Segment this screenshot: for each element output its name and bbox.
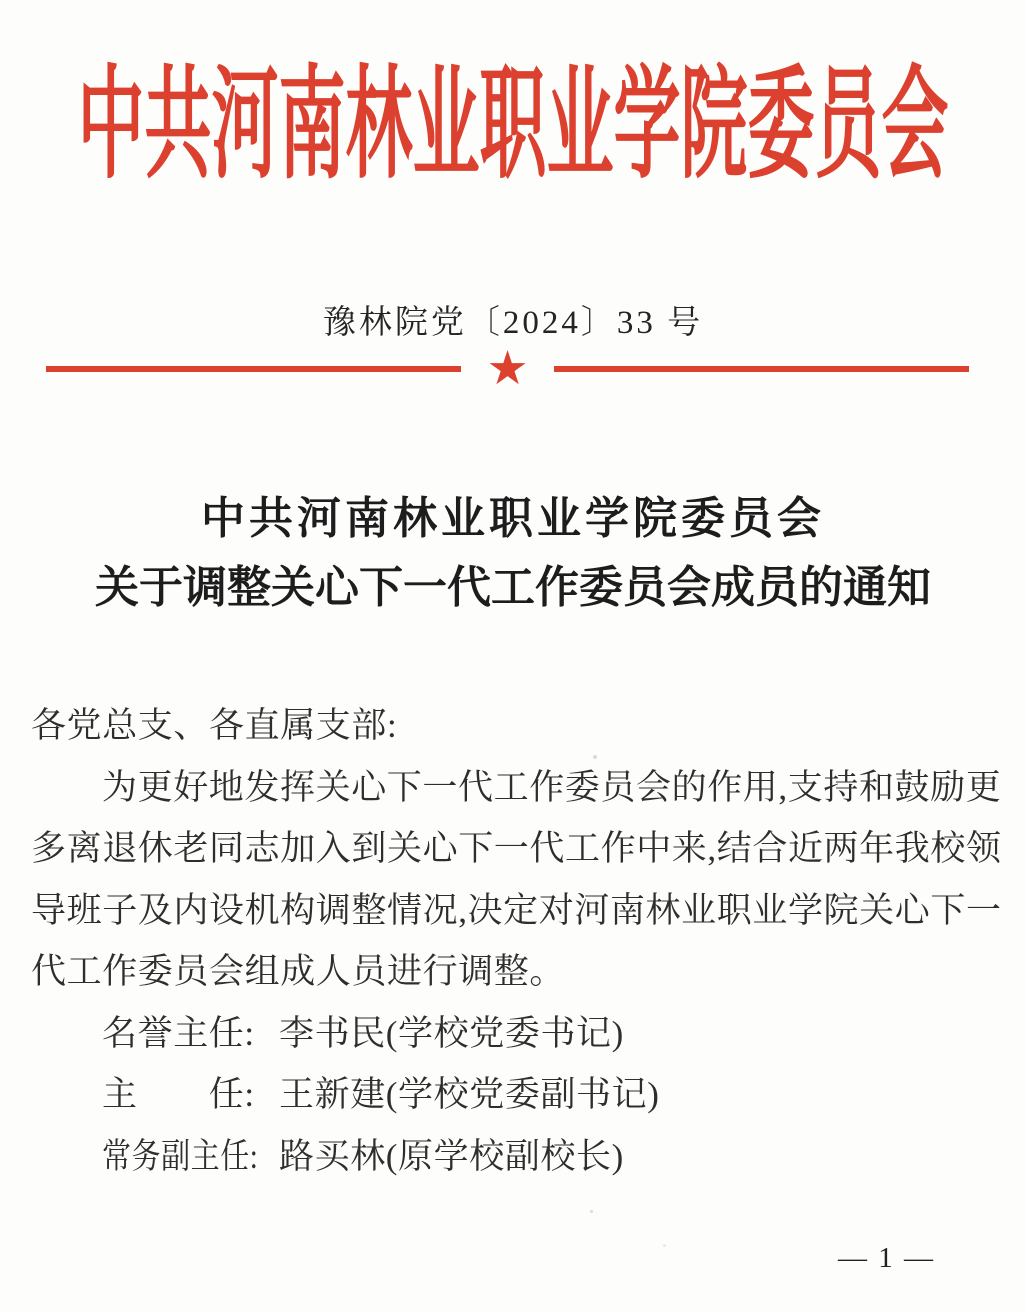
roster-row-director: 主 任:王新建(学校党委副书记) xyxy=(31,1064,997,1126)
paragraph-line: 多离退休老同志加入到关心下一代工作中来,结合近两年我校领 xyxy=(31,818,997,880)
salutation: 各党总支、各直属支部: xyxy=(31,695,997,757)
roster-role: 主 任: xyxy=(102,1064,279,1126)
divider-line-right xyxy=(554,366,969,372)
roster-role: 名誉主任: xyxy=(102,1003,279,1065)
paragraph-line: 代工作委员会组成人员进行调整。 xyxy=(31,941,997,1003)
scan-speck xyxy=(663,1244,666,1247)
scanned-official-document: 中共河南林业职业学院委员会 豫林院党〔2024〕33 号 ★ 中共河南林业职业学… xyxy=(0,0,1026,1311)
letterhead-title: 中共河南林业职业学院委员会 xyxy=(0,28,1026,203)
scan-speck xyxy=(593,755,597,759)
star-icon: ★ xyxy=(486,352,528,386)
roster-detail: 李书民(学校党委书记) xyxy=(279,1014,624,1053)
page-number: — 1 — xyxy=(838,1241,935,1275)
roster-role: 常务副主任: xyxy=(102,1126,249,1188)
notice-title: 中共河南林业职业学院委员会 关于调整关心下一代工作委员会成员的通知 xyxy=(0,484,1026,622)
divider-line-left xyxy=(46,366,461,372)
roster-detail: 路买林(原学校副校长) xyxy=(279,1137,624,1176)
roster-row-honorary-director: 名誉主任:李书民(学校党委书记) xyxy=(31,1003,997,1065)
red-divider: ★ xyxy=(46,352,969,386)
document-number: 豫林院党〔2024〕33 号 xyxy=(0,296,1026,343)
paragraph-line: 为更好地发挥关心下一代工作委员会的作用,支持和鼓励更 xyxy=(31,757,997,819)
roster-row-executive-deputy-director: 常务副主任:路买林(原学校副校长) xyxy=(31,1126,997,1188)
notice-body: 各党总支、各直属支部: 为更好地发挥关心下一代工作委员会的作用,支持和鼓励更 多… xyxy=(31,695,997,1187)
notice-title-line2: 关于调整关心下一代工作委员会成员的通知 xyxy=(0,553,1026,622)
scan-speck xyxy=(590,1210,593,1213)
paragraph-line: 导班子及内设机构调整情况,决定对河南林业职业学院关心下一 xyxy=(31,880,997,942)
notice-title-line1: 中共河南林业职业学院委员会 xyxy=(0,484,1026,553)
roster-detail: 王新建(学校党委副书记) xyxy=(279,1075,660,1114)
